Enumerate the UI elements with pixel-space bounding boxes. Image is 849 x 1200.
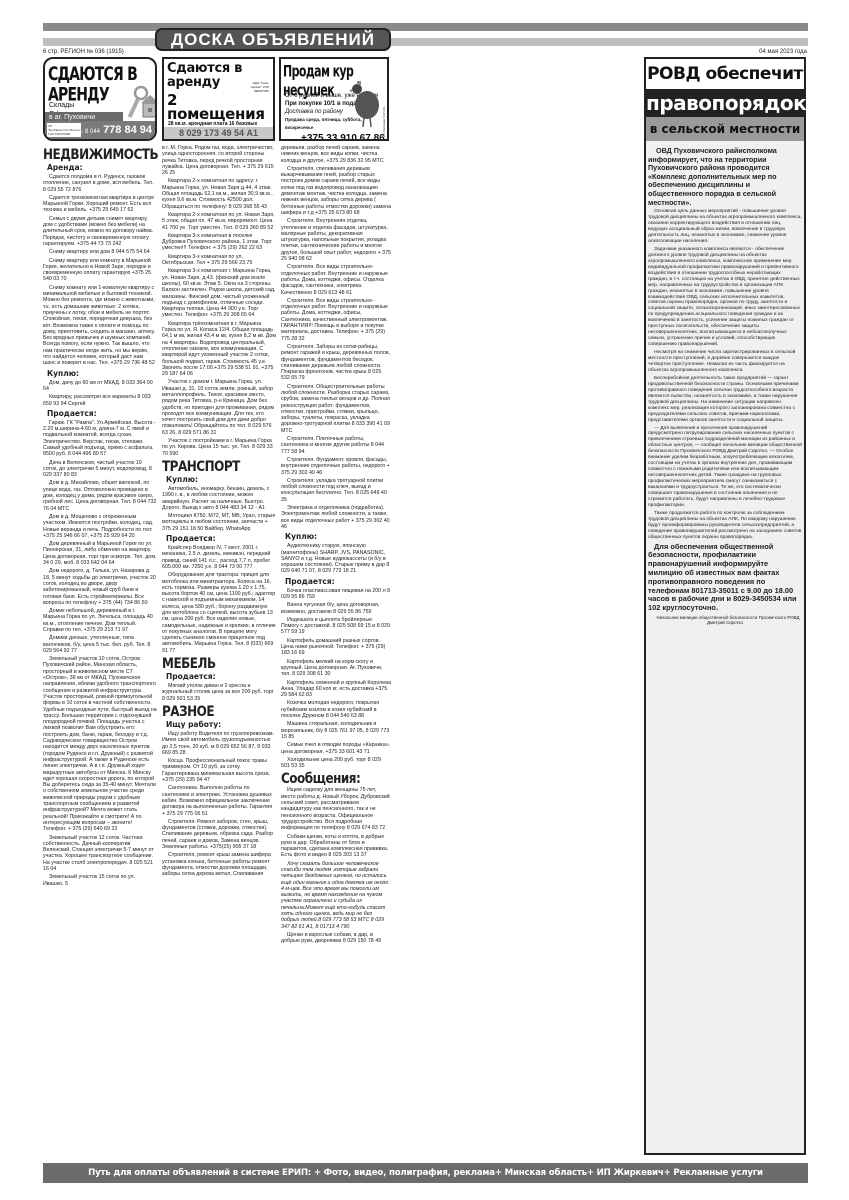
article-paragraph: Несмотря на снижение числа зарегистриров… xyxy=(648,350,802,374)
classified-ad: Ванна чугунная б/у, цена договорная, воз… xyxy=(281,602,391,615)
article-paragraph: Основная цель данных мероприятий - повыш… xyxy=(648,209,802,245)
classified-ad: Дом в д. Михайлово, обшит вагонкой, по у… xyxy=(43,480,157,511)
classified-ad: Дом в д. Мощеново с огороженным участком… xyxy=(43,514,157,539)
classified-ad: Строителя. Внутренняя отделка, утепление… xyxy=(281,218,391,262)
classified-ad: Картофель мелкий на корм скоту и крупный… xyxy=(281,659,391,678)
subheading-sell: Продается: xyxy=(285,577,391,586)
subheading-buy: Куплю: xyxy=(47,369,157,378)
classified-ad: Участок с постройками в г. Марьина Горка… xyxy=(162,438,276,457)
rovd-headline-1: РОВД обеспечит xyxy=(646,59,804,89)
keys-icon xyxy=(127,85,157,125)
classified-ad: Козочка молодая недорого, покрытая нубий… xyxy=(281,700,391,719)
classified-ad: Ищу работу Водителя по грузоперевозкам. … xyxy=(162,731,276,756)
section-heading-misc: РАЗНОЕ xyxy=(162,703,276,720)
classified-ad: Сниму квартиру или комнату в Марьиной Го… xyxy=(43,258,157,283)
classified-ad: Квартира трёхкомнатная в г. Марьина Горк… xyxy=(162,321,276,378)
column-services-messages: деревьев, разбор печей сараев, замена ни… xyxy=(281,145,391,947)
classified-ad: Дача в Веленском, чистый участок 10 сото… xyxy=(43,460,157,479)
classified-ad: Сниму квартиру или дом 8 044 575 54 64 xyxy=(43,249,157,255)
article-paragraph: Задачами указанного комплекса являются -… xyxy=(648,247,802,348)
classified-ad: Сантехника. Выполню работы по сантехнике… xyxy=(162,785,276,816)
ad-owner: ЧП "БелИнвестОптМеталл" УНП 691075568 xyxy=(47,123,81,137)
ad-phone-number: 778 84 94 xyxy=(103,124,152,136)
classified-ad: Строителя, спиливания деревьев выкарчевы… xyxy=(281,166,391,216)
article-paragraph: — Для выявления и пресечения правонаруше… xyxy=(648,426,802,509)
classified-ad: Строителя: укладка тротуарной плитки люб… xyxy=(281,478,391,503)
classified-ad: Индюшата и цыплята бройлерные. Помогу с … xyxy=(281,617,391,636)
ad-subtitle: 2 помещения xyxy=(164,90,273,121)
classified-ad: Строителя. Ремонт заборов, стен, крыш, ф… xyxy=(162,819,276,850)
subheading-buy: Куплю: xyxy=(285,532,391,541)
classified-ad: Крайслер Вояджер IV, 7 мест, 2001 г. мех… xyxy=(162,545,276,570)
classified-ad: Сдается полдома в п. Руденск, газовое от… xyxy=(43,174,157,193)
classified-ad: Машина стиральная, холодильник и морозил… xyxy=(281,721,391,740)
classified-ad: Дом деревянный в Марьиной Горке по ул. П… xyxy=(43,541,157,566)
classified-ad: Ищем сиделку для женщины 75 лет, место р… xyxy=(281,787,391,831)
classified-ad: Квартира 3-х комнатная г. Марьина Горка,… xyxy=(162,268,276,318)
classified-ad: Земельный участок 10 соток, Остров Пухов… xyxy=(43,656,157,832)
section-heading-realty: НЕДВИЖИМОСТЬ xyxy=(43,146,157,163)
classified-ad: Собаки-щенки, коты и котята, в добрые ру… xyxy=(281,834,391,859)
classified-ad: Хочу сказать большое человеческое спасиб… xyxy=(281,861,391,930)
page-issue-info: 6 стр. РЕГИОН № 036 (1915) xyxy=(43,49,124,55)
classified-ad: Домик небольшой, деревянный в г. Марьина… xyxy=(43,608,157,633)
classified-ad: Картофель домашний разных сортов. Цена н… xyxy=(281,638,391,657)
ad-phone: 8 029 173 49 54 А1 xyxy=(164,127,273,139)
classified-ad: Холодильник цена 200 руб. торг 8 029 501… xyxy=(281,757,391,770)
section-heading-transport: ТРАНСПОРТ xyxy=(162,458,276,475)
column-transport-misc: в г. М. Горка. Рядом газ, вода, электрич… xyxy=(162,145,276,880)
classified-ad: Электрика и отделочника (подработка). Эл… xyxy=(281,505,391,530)
classified-ad: деревьев, разбор печей сараев, замена ни… xyxy=(281,145,391,164)
article-paragraph: Бесперебойная деятельность таких предпри… xyxy=(648,376,802,424)
classified-ad: Земельный участок 15 соток по ул. Ивашко… xyxy=(43,874,157,887)
classified-ad: Строителя. Общестроительные работы любой… xyxy=(281,384,391,434)
classified-ad: Семьи пчел и отводки породы «Карника», ц… xyxy=(281,742,391,755)
issue-date: 04 мая 2023 года xyxy=(759,49,807,55)
classified-ad: Квартира 3-х комнатная по ул. Октябрьска… xyxy=(162,254,276,267)
classified-ad: Семья с двумя детьми снимет квартиру, до… xyxy=(43,216,157,247)
classified-ad: Домики дачные, утепленные, типа вагончик… xyxy=(43,635,157,654)
footer-erip-banner: Путь для оплаты объявлений в системе ЕРИ… xyxy=(43,1163,808,1183)
classified-ad: Участок с домом г. Марьина Горка, ул. Ив… xyxy=(162,379,276,436)
classified-ad: Мотоцикл К750, М72, МТ, МВ, Урал, старые… xyxy=(162,513,276,532)
classified-ad: Квартира 2-х комнатная по адресу: г. Мар… xyxy=(162,178,276,209)
ad-rent-rooms: Сдаются в аренду 2 помещения ОДО "Сека-С… xyxy=(162,57,275,141)
classified-ad: Квартира 3-х комнатная в поселке Дубровк… xyxy=(162,233,276,252)
classified-ad: Квартира 2-х комнатная по ул. Новая Заря… xyxy=(162,212,276,231)
article-signature: Начальник милиции общественной безопасно… xyxy=(648,615,802,626)
classified-ad: Дом недорого, д. Талька, ул. Назарова д.… xyxy=(43,568,157,606)
rovd-article-body: ОВД Пуховичского райисполкома информируе… xyxy=(646,141,804,628)
ad-owner: ОДО "Сека-Сервис" УНП 690207250 xyxy=(245,81,269,93)
classified-ad: Бочка пластмассовая пищевая на 200 л 8 0… xyxy=(281,588,391,601)
classified-ad: Сдается трехкомнатная квартира в центре … xyxy=(43,195,157,214)
article-paragraph: Также продолжится работа по контролю за … xyxy=(648,511,802,541)
article-call-to-action: Для обеспечения общественной безопасност… xyxy=(648,543,802,613)
rovd-headline-3: в сельской местности xyxy=(646,117,804,141)
classified-ad: Щенки и взрослые собаки, в дар, в добрые… xyxy=(281,932,391,945)
section-heading-furniture: МЕБЕЛЬ xyxy=(162,655,276,672)
classified-ad: Строителя. Все виды строительно-отделочн… xyxy=(281,264,391,295)
classified-ad: в г. М. Горка. Рядом газ, вода, электрич… xyxy=(162,145,276,176)
classified-ad: Строителя. Плиточные работы, сантехника … xyxy=(281,436,391,455)
subheading-sell: Продается: xyxy=(47,409,157,418)
classified-ad: Земельный участок 12 соток. Частная собс… xyxy=(43,835,157,873)
classified-ad: Квартиру, рассмотрю все варианты 8 033 6… xyxy=(43,394,157,407)
ad-rent-warehouse: СДАЮТСЯ В АРЕНДУ Склады Офисные помещени… xyxy=(43,57,157,141)
classified-ad: Мягкий уголок диван и 2 кресла и журналь… xyxy=(162,683,276,702)
classified-ad: Строителя. Заборы из сетки-рабицы, ремон… xyxy=(281,344,391,382)
section-heading-messages: Сообщения: xyxy=(281,770,391,787)
classified-ad: Строителя. Фундамент, кровля, фасады, вн… xyxy=(281,457,391,476)
classified-ad: Автомобиль, иномарку, бензин, дизель, с … xyxy=(162,486,276,511)
article-lead: ОВД Пуховичского райисполкома информируе… xyxy=(648,147,802,207)
subheading-sell: Продается: xyxy=(166,534,276,543)
page-title: ДОСКА ОБЪЯВЛЕНИЙ xyxy=(155,28,391,51)
column-realty: НЕДВИЖИМОСТЬ Аренда: Сдается полдома в п… xyxy=(43,145,157,889)
classified-ad: Аудиотехнику старую, японскую (магнитофо… xyxy=(281,543,391,574)
classified-ad: Сниму комнату или 1-коматную квартиру с … xyxy=(43,285,157,367)
ad-phone: +375 33 910 67 86 xyxy=(281,133,387,141)
classified-ad: Дом, дачу до 60 км от МКАД. 8 033 364 00… xyxy=(43,380,157,393)
subheading-rent: Аренда: xyxy=(47,163,157,172)
subheading-job: Ищу работу: xyxy=(166,720,276,729)
classified-ad: Строителя, ремонт крыш замена шифера уст… xyxy=(162,852,276,877)
classified-ad: Строителя. Все виды строительно-отделочн… xyxy=(281,298,391,342)
classified-ad: Косца. Профессиональный покос травы трим… xyxy=(162,758,276,783)
rovd-headline-2: правопорядок xyxy=(646,89,804,117)
hen-icon xyxy=(349,77,381,129)
ad-vertical-note: ИП Овсянник УНП 69... xyxy=(382,63,386,137)
ad-hens: Продам кур несушек От 6 рублей и выше, у… xyxy=(279,57,389,141)
subheading-sell: Продается: xyxy=(166,672,276,681)
classified-ad: Оборудование для трактора: прицеп для мо… xyxy=(162,572,276,654)
classified-ad: Гараж. ГК "Рампа". Ул.Армейская. Высота … xyxy=(43,420,157,458)
classified-ad: Картофель семенной и крупный Королева Ан… xyxy=(281,680,391,699)
subheading-buy: Куплю: xyxy=(166,475,276,484)
